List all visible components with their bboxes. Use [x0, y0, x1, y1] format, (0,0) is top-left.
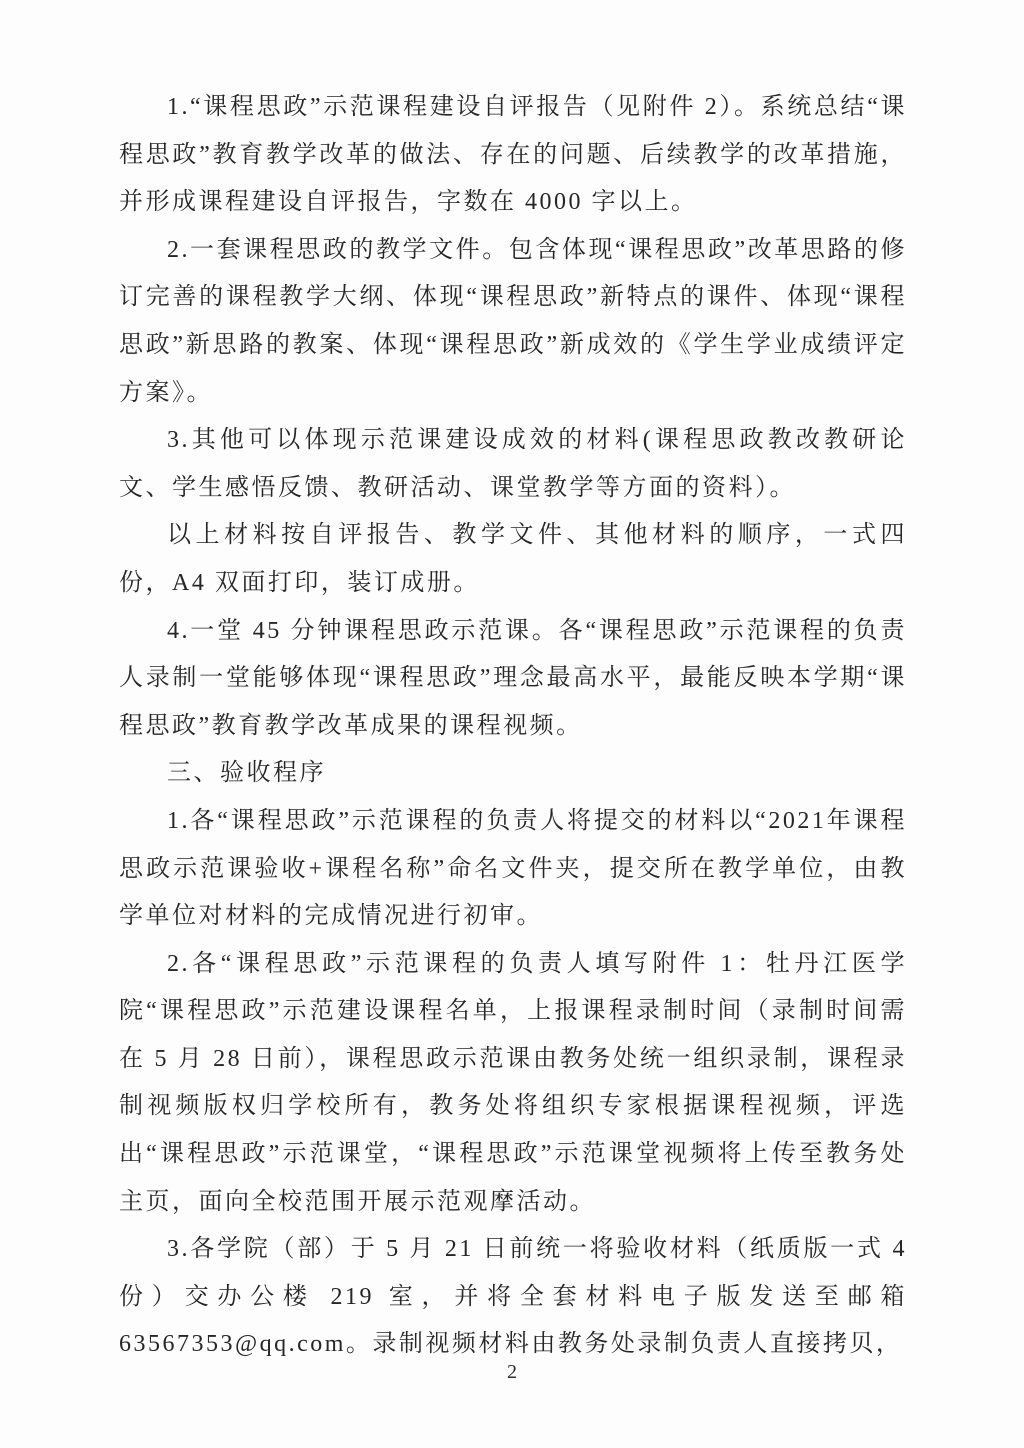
paragraph-procedure-step-1: 1.各“课程思政”示范课程的负责人将提交的材料以“2021年课程思政示范课验收+…: [119, 798, 907, 941]
paragraph-demo-class-video: 4.一堂 45 分钟课程思政示范课。各“课程思政”示范课程的负责人录制一堂能够体…: [119, 608, 907, 751]
paragraph-procedure-step-3: 3.各学院（部）于 5 月 21 日前统一将验收材料（纸质版一式 4 份）交办公…: [119, 1226, 907, 1369]
paragraph-material-order-note: 以上材料按自评报告、教学文件、其他材料的顺序，一式四份，A4 双面打印，装订成册…: [119, 512, 907, 607]
paragraph-other-materials: 3.其他可以体现示范课建设成效的材料(课程思政教改教研论文、学生感悟反馈、教研活…: [119, 417, 907, 512]
page-number: 2: [0, 1358, 1024, 1386]
document-page: 1.“课程思政”示范课程建设自评报告（见附件 2）。系统总结“课程思政”教育教学…: [0, 0, 1024, 1448]
document-body: 1.“课程思政”示范课程建设自评报告（见附件 2）。系统总结“课程思政”教育教学…: [119, 84, 907, 1369]
paragraph-self-evaluation-report: 1.“课程思政”示范课程建设自评报告（见附件 2）。系统总结“课程思政”教育教学…: [119, 84, 907, 227]
section-heading-acceptance-procedure: 三、验收程序: [119, 750, 907, 798]
paragraph-teaching-documents: 2.一套课程思政的教学文件。包含体现“课程思政”改革思路的修订完善的课程教学大纲…: [119, 227, 907, 417]
paragraph-procedure-step-2: 2.各“课程思政”示范课程的负责人填写附件 1：牡丹江医学院“课程思政”示范建设…: [119, 941, 907, 1227]
